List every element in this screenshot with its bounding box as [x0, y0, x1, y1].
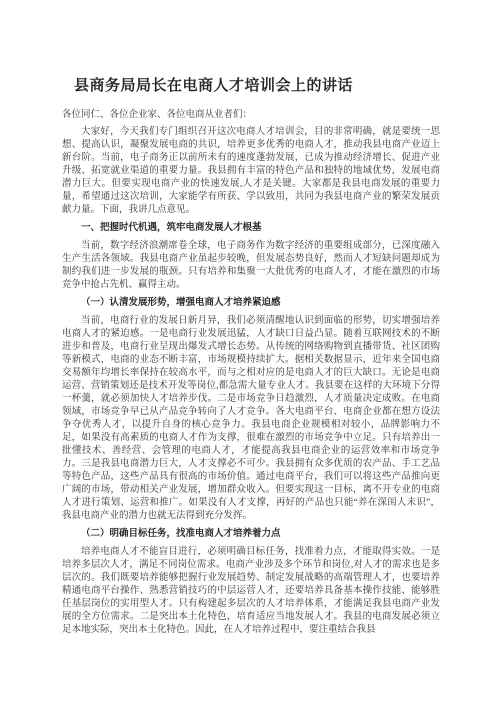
salutation-line: 各位同仁、各位企业家、各位电商从业者们：	[62, 109, 440, 122]
document-page: 县商务局局长在电商人才培训会上的讲话 各位同仁、各位企业家、各位电商从业者们： …	[0, 0, 500, 707]
subsection-1-1-body-paragraph: 当前，电商行业的发展日新月异，我们必须清醒地认识到面临的形势，切实增强培养电商人…	[62, 315, 440, 523]
document-title: 县商务局局长在电商人才培训会上的讲话	[74, 76, 440, 96]
section-1-heading: 一、把握时代机遇，筑牢电商发展人才根基	[62, 222, 440, 235]
subsection-1-2-heading: （二）明确目标任务，找准电商人才培养着力点	[62, 528, 440, 541]
subsection-1-1-heading: （一）认清发展形势，增强电商人才培养紧迫感	[62, 297, 440, 310]
document-content: 县商务局局长在电商人才培训会上的讲话 各位同仁、各位企业家、各位电商从业者们： …	[62, 76, 440, 637]
section-1-intro-paragraph: 当前，数字经济浪潮席卷全球，电子商务作为数字经济的重要组成部分，已深度融入生产生…	[62, 240, 440, 292]
subsection-1-2-body-paragraph: 培养电商人才不能盲目进行，必须明确目标任务，找准着力点，才能取得实效。一是培养多…	[62, 546, 440, 637]
opening-paragraph: 大家好，今天我们专门组织召开这次电商人才培训会，目的非常明确，就是要统一思想、提…	[62, 126, 440, 217]
